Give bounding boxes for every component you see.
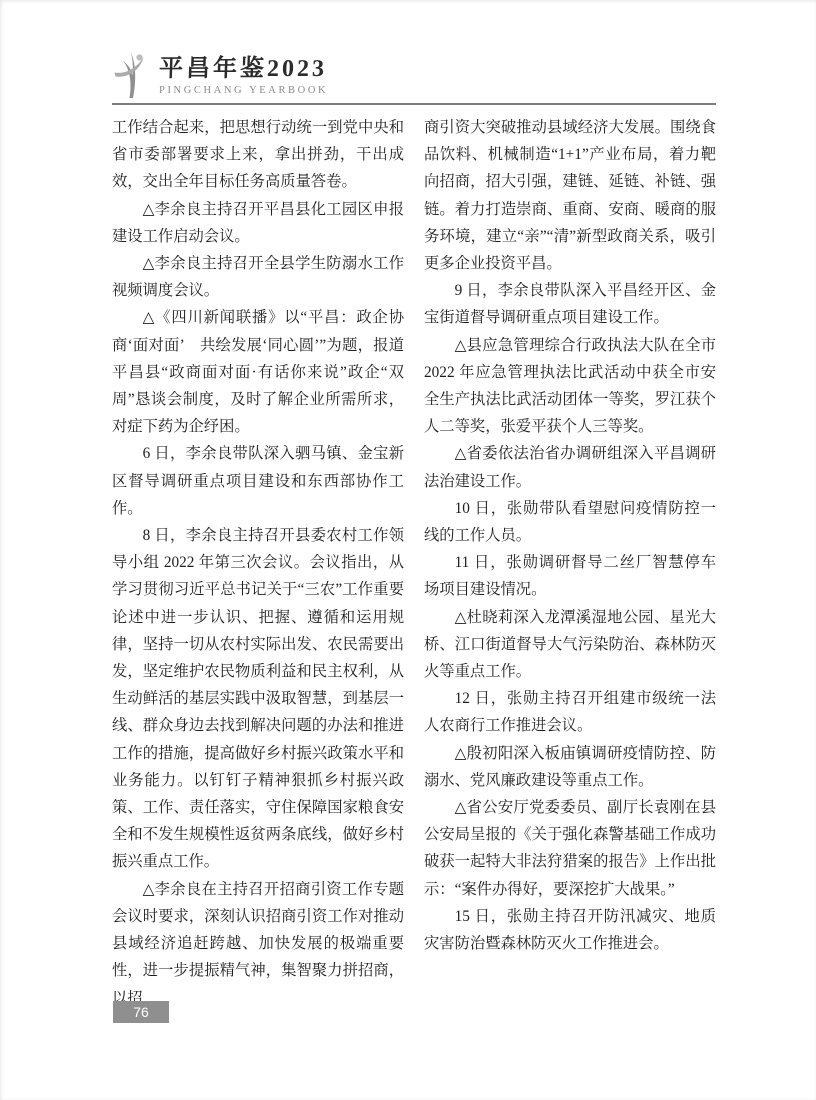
paragraph: 12 日，张勋主持召开组建市级统一法人农商行工作推进会议。: [424, 685, 716, 739]
paragraph: 8 日，李余良主持召开县委农村工作领导小组 2022 年第三次会议。会议指出，从…: [112, 522, 404, 876]
yearbook-title: 平昌年鉴2023: [159, 56, 329, 82]
paragraph: 11 日，张勋调研督导二丝厂智慧停车场项目建设情况。: [424, 549, 716, 603]
paragraph: △省委依法治省办调研组深入平昌调研法治建设工作。: [424, 440, 716, 494]
yearbook-page: 平昌年鉴2023 PINGCHANG YEARBOOK 工作结合起来，把思想行动…: [0, 0, 816, 1100]
paragraph-continuation: 商引资大突破推动县域经济大发展。围绕食品饮料、机械制造“1+1”产业布局，着力靶…: [424, 114, 716, 277]
paragraph: 6 日，李余良带队深入驷马镇、金宝新区督导调研重点项目建设和东西部协作工作。: [112, 440, 404, 522]
brand-text: 平昌年鉴2023 PINGCHANG YEARBOOK: [159, 56, 328, 96]
header-divider: [112, 103, 716, 105]
paragraph: △省公安厅党委委员、副厅长袁刚在县公安局呈报的《关于强化森警基础工作成功破获一起…: [424, 794, 716, 903]
yearbook-logo-icon: [112, 50, 150, 100]
yearbook-subtitle: PINGCHANG YEARBOOK: [159, 85, 328, 96]
paragraph: △李余良主持召开平昌县化工园区申报建设工作启动会议。: [112, 196, 404, 250]
page-header: 平昌年鉴2023 PINGCHANG YEARBOOK: [112, 48, 716, 100]
paragraph: △殷初阳深入板庙镇调研疫情防控、防溺水、党风廉政建设等重点工作。: [424, 740, 716, 794]
page-content: 工作结合起来，把思想行动统一到党中央和省市委部署要求上来，拿出拼劲，干出成效，交…: [112, 114, 716, 1012]
paragraph: △李余良在主持召开招商引资工作专题会议时要求，深刻认识招商引资工作对推动县域经济…: [112, 876, 404, 1012]
page-number-badge: 76: [113, 1001, 169, 1023]
paragraph: △县应急管理综合行政执法大队在全市 2022 年应急管理执法比武活动中获全市安全…: [424, 332, 716, 441]
paragraph: 10 日，张勋带队看望慰问疫情防控一线的工作人员。: [424, 495, 716, 549]
paragraph: △杜晓莉深入龙潭溪湿地公园、星光大桥、江口街道督导大气污染防治、森林防灭火等重点…: [424, 604, 716, 686]
yearbook-brand: 平昌年鉴2023 PINGCHANG YEARBOOK: [112, 48, 716, 100]
paragraph-continuation: 工作结合起来，把思想行动统一到党中央和省市委部署要求上来，拿出拼劲，干出成效，交…: [112, 114, 404, 196]
paragraph: △《四川新闻联播》以“平昌：政企协商‘面对面’ 共绘发展‘同心圆’”为题，报道平…: [112, 304, 404, 440]
paragraph: △李余良主持召开全县学生防溺水工作视频调度会议。: [112, 250, 404, 304]
left-column: 工作结合起来，把思想行动统一到党中央和省市委部署要求上来，拿出拼劲，干出成效，交…: [112, 114, 404, 1012]
paragraph: 9 日，李余良带队深入平昌经开区、金宝街道督导调研重点项目建设工作。: [424, 277, 716, 331]
paragraph: 15 日，张勋主持召开防汛减灾、地质灾害防治暨森林防灭火工作推进会。: [424, 903, 716, 957]
right-column: 商引资大突破推动县域经济大发展。围绕食品饮料、机械制造“1+1”产业布局，着力靶…: [424, 114, 716, 1012]
